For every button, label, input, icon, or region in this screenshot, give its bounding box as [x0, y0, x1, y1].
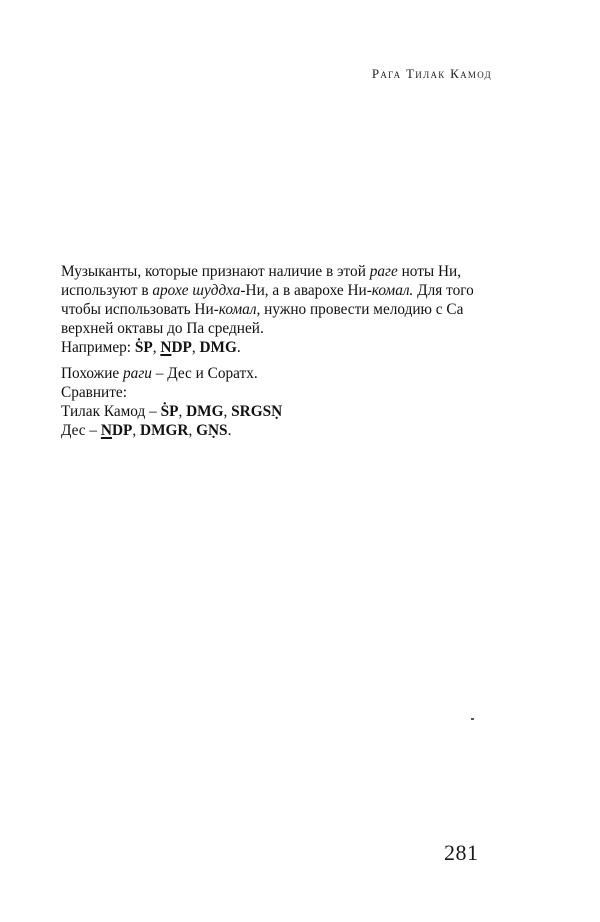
- body-text: Музыканты, которые признают наличие в эт…: [61, 262, 501, 440]
- text-line: используют в арохе шуддха-Ни, а в аварох…: [61, 281, 501, 300]
- note-phrase: NDP: [101, 422, 132, 439]
- note-run: DP: [171, 339, 191, 356]
- paragraph-comparison: Похожие раги – Дес и Соратх. Сравните: Т…: [61, 364, 501, 440]
- comparison-line-des: Дес – NDP, DMGR, GṆS.: [61, 421, 501, 440]
- italic-term: комал.: [372, 282, 414, 299]
- punctuation: .: [228, 422, 232, 439]
- comparison-line-tilak-kamod: Тилак Камод – ṠP, DMG, SRGSṆ: [61, 402, 501, 421]
- text-line: чтобы использовать Ни-комал, нужно прове…: [61, 300, 501, 319]
- text-run: нужно провести мелодию с Са: [260, 301, 463, 318]
- paragraph-ni-usage: Музыканты, которые признают наличие в эт…: [61, 262, 501, 357]
- text-run: Похожие: [61, 365, 123, 382]
- text-line: Похожие раги – Дес и Соратх.: [61, 364, 501, 383]
- raga-label: Дес –: [61, 422, 101, 439]
- note-phrase: DMG: [186, 403, 223, 420]
- punctuation: .: [237, 339, 241, 356]
- note-phrase: NDP: [160, 339, 191, 356]
- note-phrase: ṠP: [135, 339, 153, 356]
- separator: ,: [192, 339, 200, 356]
- running-header: Рага Тилак Камод: [372, 66, 492, 82]
- text-run: Музыканты, которые признают наличие в эт…: [61, 263, 370, 280]
- italic-term: раге: [370, 263, 398, 280]
- text-line: Музыканты, которые признают наличие в эт…: [61, 262, 501, 281]
- separator: ,: [224, 403, 232, 420]
- example-label: Например:: [61, 339, 135, 356]
- lower-octave-note: N: [160, 339, 171, 356]
- italic-term: комал,: [219, 301, 261, 318]
- text-run: -Ни, а в аварохе Ни-: [240, 282, 371, 299]
- example-line: Например: ṠP, NDP, DMG.: [61, 338, 501, 357]
- text-run: чтобы использовать Ни-: [61, 301, 219, 318]
- note-phrase: GṆS: [196, 422, 227, 439]
- note-run: DP: [112, 422, 132, 439]
- separator: ,: [178, 403, 186, 420]
- separator: ,: [188, 422, 196, 439]
- note-phrase: SRGSṆ: [231, 403, 282, 420]
- text-run: – Дес и Соратх.: [152, 365, 258, 382]
- note-phrase: ṠP: [161, 403, 179, 420]
- text-line: верхней октавы до Па средней.: [61, 319, 501, 338]
- print-speck: [471, 718, 474, 720]
- separator: ,: [132, 422, 140, 439]
- text-run: Для того: [413, 282, 473, 299]
- text-line: Сравните:: [61, 383, 501, 402]
- note-phrase: DMGR: [140, 422, 188, 439]
- italic-term: арохе шуддха: [152, 282, 240, 299]
- raga-label: Тилак Камод –: [61, 403, 161, 420]
- text-run: используют в: [61, 282, 152, 299]
- text-run: ноты Ни,: [398, 263, 461, 280]
- note-phrase: DMG: [200, 339, 237, 356]
- italic-term: раги: [123, 365, 152, 382]
- page-number: 281: [444, 840, 479, 866]
- lower-octave-note: N: [101, 422, 112, 439]
